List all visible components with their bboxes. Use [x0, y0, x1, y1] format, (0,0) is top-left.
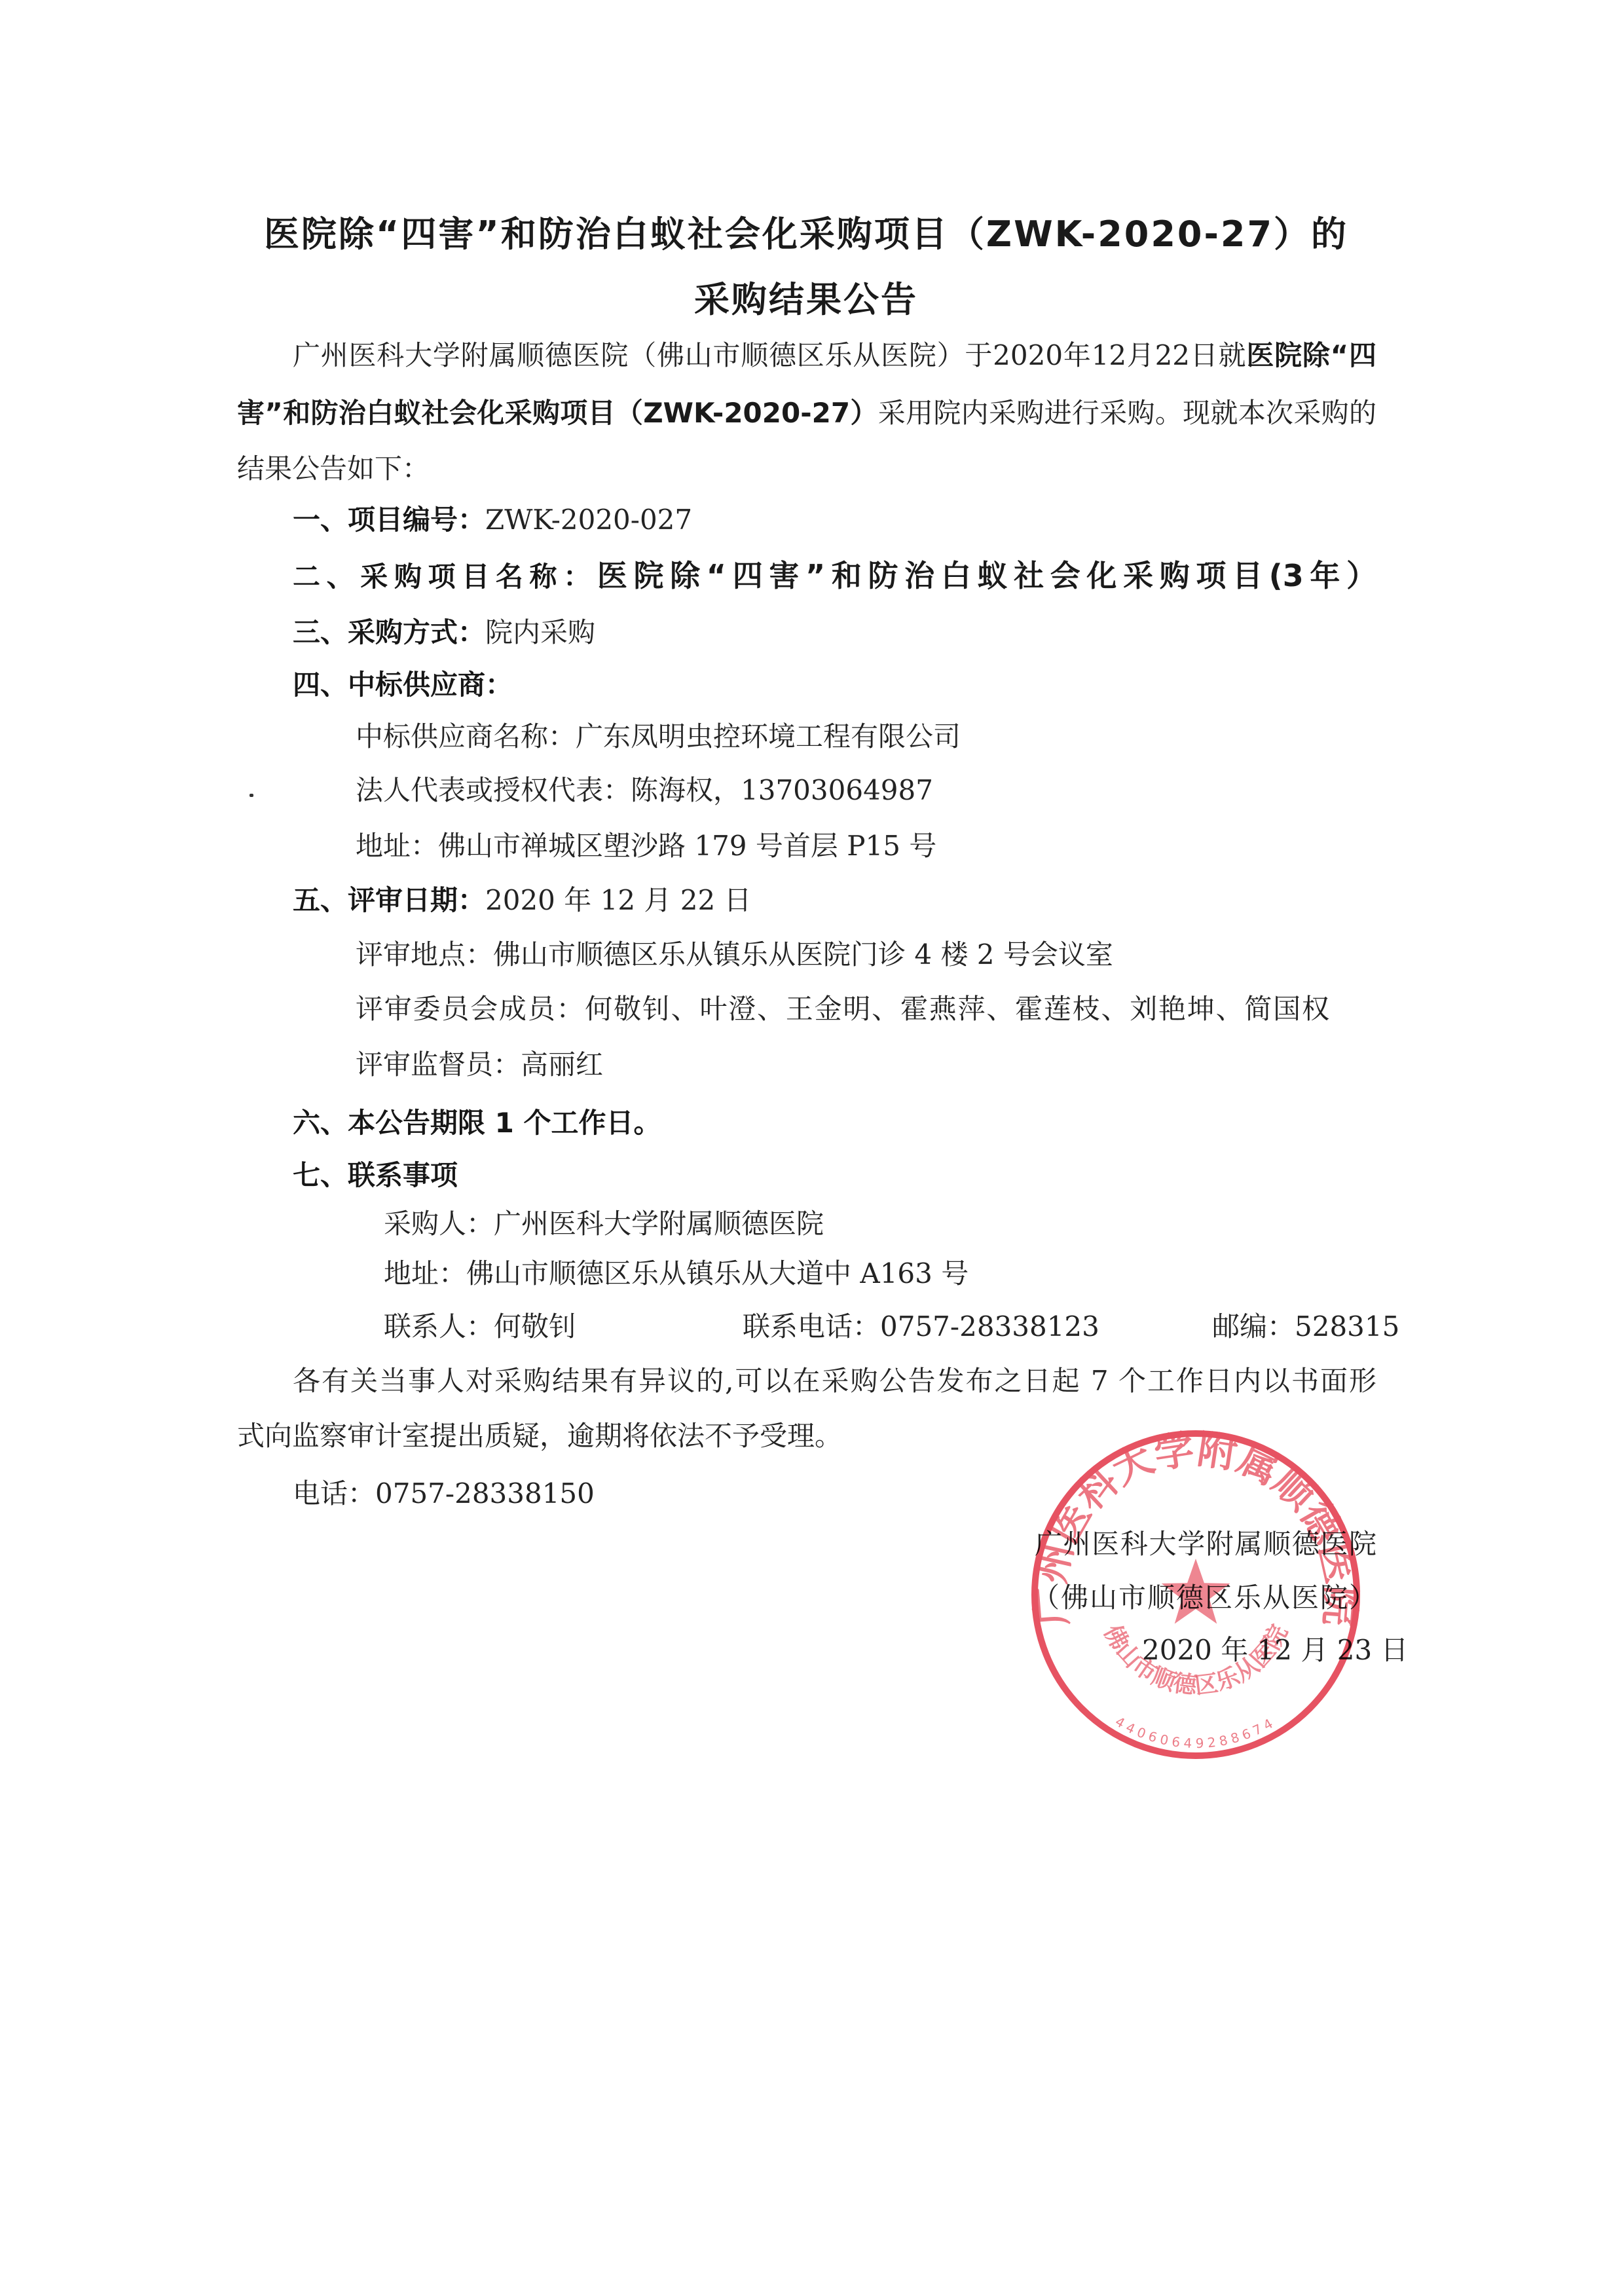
supplier-address: 地址：佛山市禅城区塱沙路 179 号首层 P15 号 — [356, 829, 936, 863]
purchaser-value: 广州医科大学附属顺德医院 — [494, 1208, 824, 1240]
field-label: 法人代表或授权代表： — [356, 774, 631, 806]
supplier-legal-representative: 法人代表或授权代表：陈海权，13703064987 — [356, 773, 933, 807]
document-title-line-2: 采购结果公告 — [0, 277, 1612, 323]
review-location-value: 佛山市顺德区乐从镇乐从医院门诊 4 楼 2 号会议室 — [493, 938, 1113, 971]
official-seal: 广州医科大学附属顺德医院 （佛山市顺德区乐从医院） 44060649288674 — [1025, 1424, 1366, 1765]
objection-line-2: 式向监察审计室提出质疑，逾期将依法不予受理。 — [237, 1419, 842, 1453]
section-review-date: 五、评审日期：2020 年 12 月 22 日 — [293, 883, 752, 917]
review-committee: 评审委员会成员：何敬钊、叶澄、王金明、霍燕萍、霍莲枝、刘艳坤、简国权 — [356, 992, 1329, 1026]
intro-text: 广州医科大学附属顺德医院（佛山市顺德区乐从医院）于2020年12月22日就 — [293, 339, 1246, 371]
project-name-value: 医院除“四害”和防治白蚁社会化采购项目(3年） — [597, 558, 1376, 593]
section-winning-supplier: 四、中标供应商： — [293, 668, 513, 702]
postcode: 邮编：528315 — [1212, 1310, 1399, 1344]
intro-line-2: 害”和防治白蚁社会化采购项目（ZWK-2020-27）采用院内采购进行采购。现就… — [237, 396, 1376, 430]
supplier-address-value: 佛山市禅城区塱沙路 179 号首层 P15 号 — [438, 830, 936, 862]
intro-text: 采用院内采购进行采购。现就本次采购的 — [878, 397, 1376, 429]
review-committee-value: 何敬钊、叶澄、王金明、霍燕萍、霍莲枝、刘艳坤、简国权 — [585, 993, 1329, 1025]
legal-rep-value: 陈海权，13703064987 — [631, 774, 933, 806]
section-label: 三、采购方式： — [293, 616, 485, 648]
procurement-method-value: 院内采购 — [485, 616, 595, 648]
intro-line-1: 广州医科大学附属顺德医院（佛山市顺德区乐从医院）于2020年12月22日就医院除… — [293, 339, 1376, 373]
field-label: 联系人： — [384, 1310, 494, 1342]
document-title-line-1: 医院除“四害”和防治白蚁社会化采购项目（ZWK-2020-27）的 — [0, 212, 1612, 257]
contact-person: 联系人：何敬钊 — [384, 1310, 576, 1344]
contact-person-value: 何敬钊 — [494, 1310, 576, 1342]
intro-project-name-end: 害”和防治白蚁社会化采购项目（ZWK-2020-27） — [237, 397, 878, 429]
review-supervisor: 评审监督员：高丽红 — [356, 1048, 603, 1082]
section-procurement-method: 三、采购方式：院内采购 — [293, 616, 595, 650]
objection-line-1: 各有关当事人对采购结果有异议的,可以在采购公告发布之日起 7 个工作日内以书面形 — [293, 1364, 1376, 1398]
field-label: 地址： — [356, 830, 438, 862]
section-contact-info: 七、联系事项 — [293, 1158, 458, 1193]
field-label: 评审委员会成员： — [356, 993, 585, 1025]
section-label: 二、采购项目名称： — [293, 561, 597, 593]
field-label: 评审监督员： — [356, 1048, 521, 1081]
section-label: 一、项目编号： — [293, 504, 485, 536]
section-notice-period: 六、本公告期限 1 个工作日。 — [293, 1106, 661, 1140]
section-project-name: 二、采购项目名称：医院除“四害”和防治白蚁社会化采购项目(3年） — [293, 559, 1376, 593]
review-supervisor-value: 高丽红 — [521, 1048, 603, 1081]
complaint-phone: 电话：0757-28338150 — [293, 1477, 595, 1511]
postcode-value: 528315 — [1295, 1310, 1399, 1342]
supplier-name-value: 广东凤明虫控环境工程有限公司 — [576, 720, 961, 752]
star-icon — [1162, 1559, 1230, 1624]
project-number-value: ZWK-2020-027 — [485, 504, 692, 536]
review-location: 评审地点：佛山市顺德区乐从镇乐从医院门诊 4 楼 2 号会议室 — [356, 938, 1113, 972]
intro-project-name-start: 医院除“四 — [1246, 339, 1376, 371]
field-label: 地址： — [384, 1257, 466, 1289]
document-page: 医院除“四害”和防治白蚁社会化采购项目（ZWK-2020-27）的 采购结果公告… — [0, 0, 1624, 2296]
field-label: 联系电话： — [743, 1310, 880, 1342]
section-project-number: 一、项目编号：ZWK-2020-027 — [293, 503, 692, 537]
scan-speck — [249, 794, 253, 797]
intro-line-3: 结果公告如下： — [237, 452, 430, 486]
field-label: 中标供应商名称： — [356, 720, 576, 752]
field-label: 邮编： — [1212, 1310, 1295, 1342]
section-label: 五、评审日期： — [293, 884, 485, 916]
purchaser: 采购人：广州医科大学附属顺德医院 — [384, 1207, 824, 1241]
review-date-value: 2020 年 12 月 22 日 — [485, 884, 752, 916]
purchaser-address-value: 佛山市顺德区乐从镇乐从大道中 A163 号 — [466, 1257, 969, 1289]
complaint-phone-value: 0757-28338150 — [375, 1477, 595, 1509]
contact-phone-value: 0757-28338123 — [880, 1310, 1099, 1342]
field-label: 评审地点： — [356, 938, 493, 971]
supplier-name: 中标供应商名称：广东凤明虫控环境工程有限公司 — [356, 720, 961, 754]
contact-phone: 联系电话：0757-28338123 — [743, 1310, 1099, 1344]
field-label: 电话： — [293, 1477, 375, 1509]
purchaser-address: 地址：佛山市顺德区乐从镇乐从大道中 A163 号 — [384, 1257, 969, 1291]
field-label: 采购人： — [384, 1208, 494, 1240]
